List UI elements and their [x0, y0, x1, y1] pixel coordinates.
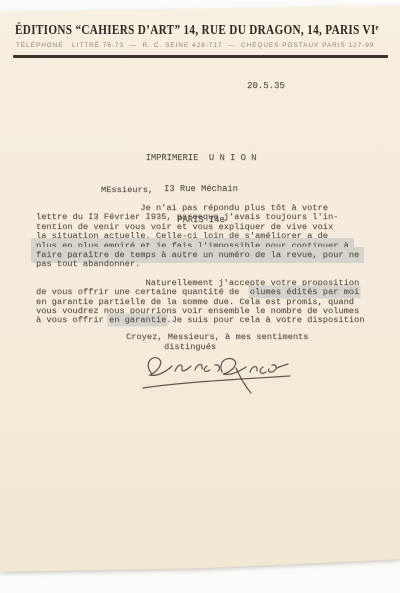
paragraph: Naturellement j'accepte votre propositio… [36, 279, 364, 326]
recipient-street: I3 Rue Méchain [144, 184, 258, 194]
salutation: MEssieurs, [101, 185, 153, 195]
paragraph: Je n'ai pas répondu plus tôt à votrelett… [36, 204, 364, 270]
letterhead-rule [13, 55, 388, 58]
body-line: pas tout abandonner. [36, 260, 364, 269]
recipient-name: IMPRIMERIE U N I O N [144, 153, 258, 163]
letter-date: 20.5.35 [247, 81, 285, 91]
body-line: à vous offrir en garantie.Je suis pour c… [36, 316, 364, 325]
closing-block: Croyez, Messieurs, à mes sentiments dist… [126, 333, 308, 352]
closing-line-2: distingués [126, 343, 308, 353]
letter-body: Je n'ai pas répondu plus tôt à votrelett… [36, 204, 364, 326]
closing-line-1: Croyez, Messieurs, à mes sentiments [126, 333, 308, 343]
highlighted-text: en garantie [109, 315, 166, 325]
letter-page: ÉDITIONS “CAHIERS D’ART” 14, RUE DU DRAG… [0, 4, 400, 574]
letterhead-contact-line: TÉLÉPHONE LITTRÉ 76-73 — R. C. SEINE 428… [16, 42, 374, 49]
letterhead-title: ÉDITIONS “CAHIERS D’ART” 14, RUE DU DRAG… [15, 23, 379, 39]
highlighted-text: olumes édités par moi [250, 287, 359, 297]
signature-handwriting [138, 352, 296, 396]
